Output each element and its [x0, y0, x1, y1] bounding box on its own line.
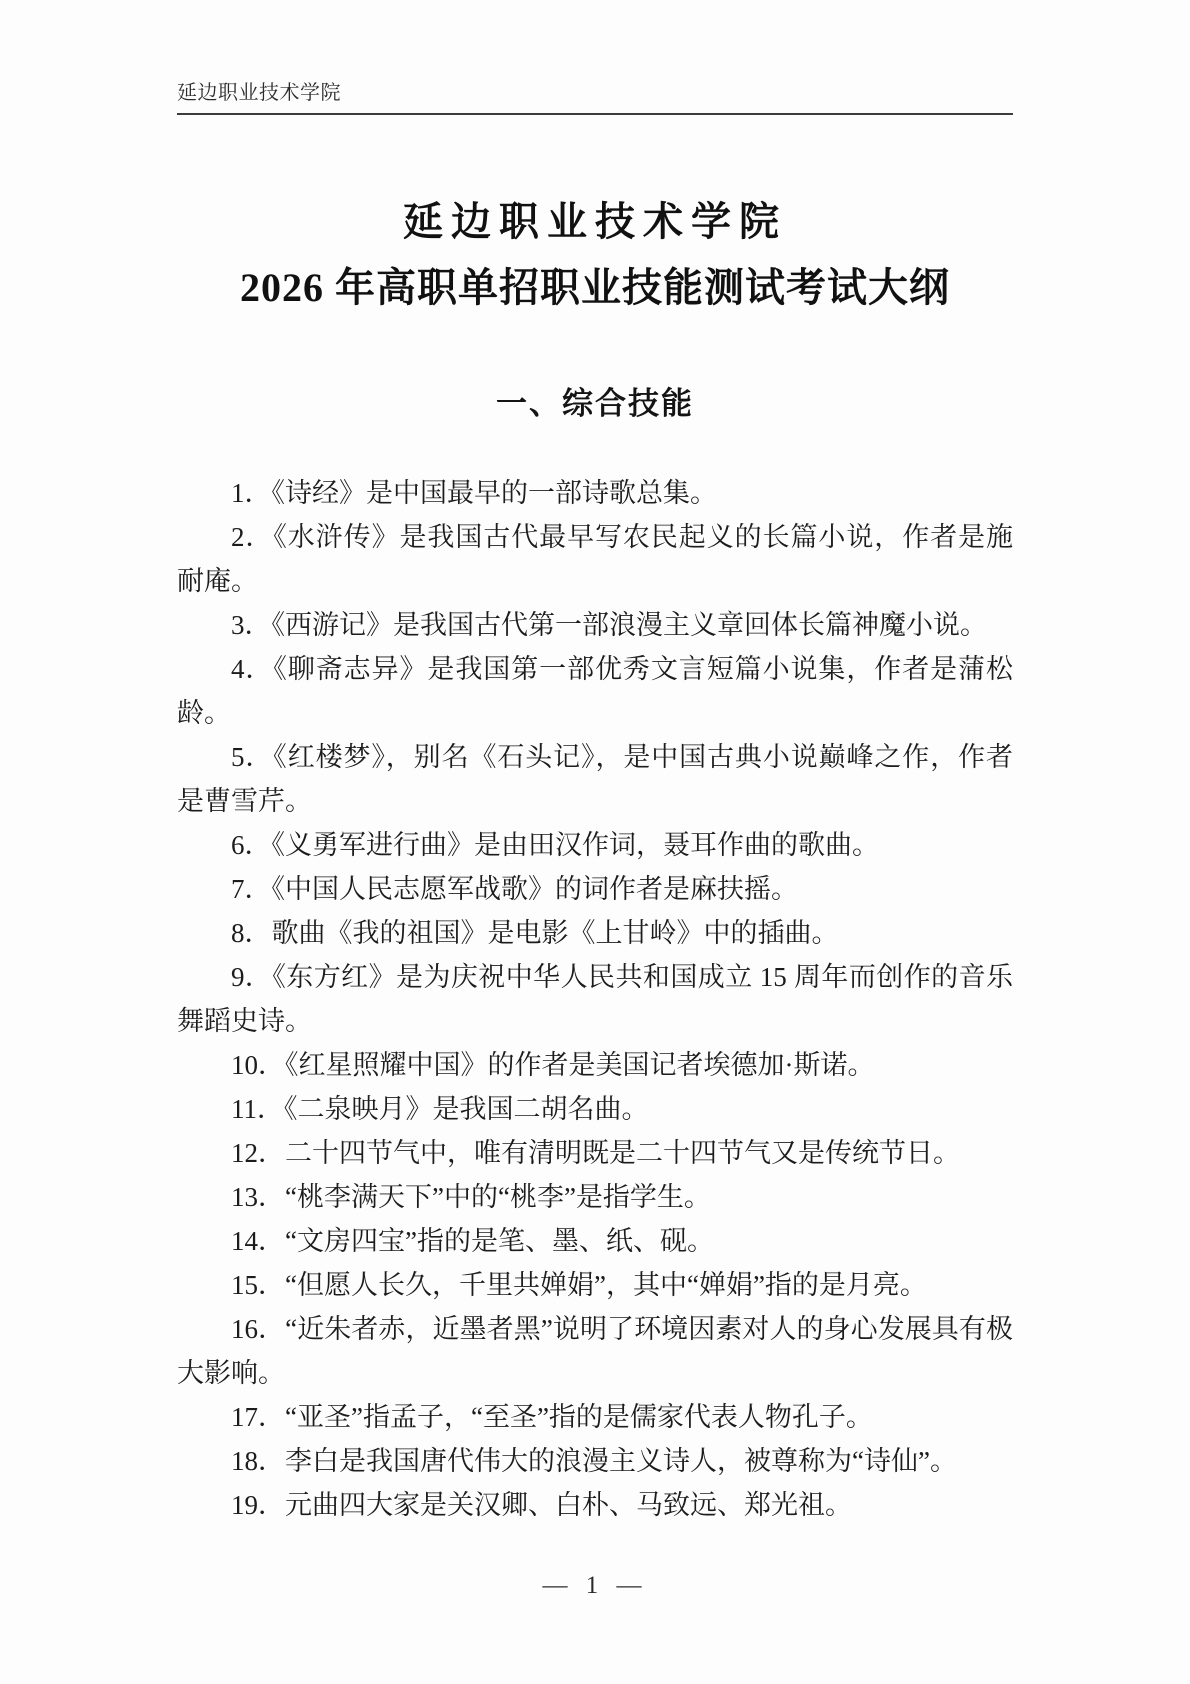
list-item: 18．李白是我国唐代伟大的浪漫主义诗人，被尊称为“诗仙”。: [177, 1439, 1013, 1483]
list-item: 2．《水浒传》是我国古代最早写农民起义的长篇小说，作者是施耐庵。: [177, 515, 1013, 603]
list-item: 5．《红楼梦》，别名《石头记》，是中国古典小说巅峰之作，作者是曹雪芹。: [177, 735, 1013, 823]
list-item: 11．《二泉映月》是我国二胡名曲。: [177, 1087, 1013, 1131]
page-footer: — 1 —: [0, 1572, 1190, 1600]
page-number: — 1 —: [543, 1572, 648, 1599]
list-item: 1．《诗经》是中国最早的一部诗歌总集。: [177, 471, 1013, 515]
exam-items-list: 1．《诗经》是中国最早的一部诗歌总集。 2．《水浒传》是我国古代最早写农民起义的…: [177, 471, 1013, 1527]
list-item: 15．“但愿人长久，千里共婵娟”，其中“婵娟”指的是月亮。: [177, 1263, 1013, 1307]
list-item: 13．“桃李满天下”中的“桃李”是指学生。: [177, 1175, 1013, 1219]
list-item: 16．“近朱者赤，近墨者黑”说明了环境因素对人的身心发展具有极大影响。: [177, 1307, 1013, 1395]
list-item: 14．“文房四宝”指的是笔、墨、纸、砚。: [177, 1219, 1013, 1263]
document-title: 延边职业技术学院: [0, 199, 1190, 245]
list-item: 7．《中国人民志愿军战歌》的词作者是麻扶摇。: [177, 867, 1013, 911]
header-school-name: 延边职业技术学院: [177, 82, 1013, 105]
list-item: 8．歌曲《我的祖国》是电影《上甘岭》中的插曲。: [177, 911, 1013, 955]
list-item: 12．二十四节气中，唯有清明既是二十四节气又是传统节日。: [177, 1131, 1013, 1175]
list-item: 9．《东方红》是为庆祝中华人民共和国成立 15 周年而创作的音乐舞蹈史诗。: [177, 955, 1013, 1043]
list-item: 3．《西游记》是我国古代第一部浪漫主义章回体长篇神魔小说。: [177, 603, 1013, 647]
document-subtitle: 2026 年高职单招职业技能测试考试大纲: [0, 265, 1190, 311]
document-page: 延边职业技术学院 延边职业技术学院 2026 年高职单招职业技能测试考试大纲 一…: [0, 0, 1190, 1684]
list-item: 10．《红星照耀中国》的作者是美国记者埃德加·斯诺。: [177, 1043, 1013, 1087]
list-item: 4．《聊斋志异》是我国第一部优秀文言短篇小说集，作者是蒲松龄。: [177, 647, 1013, 735]
list-item: 6．《义勇军进行曲》是由田汉作词，聂耳作曲的歌曲。: [177, 823, 1013, 867]
page-header: 延边职业技术学院: [177, 0, 1013, 115]
list-item: 17．“亚圣”指孟子，“至圣”指的是儒家代表人物孔子。: [177, 1395, 1013, 1439]
list-item: 19．元曲四大家是关汉卿、白朴、马致远、郑光祖。: [177, 1483, 1013, 1527]
section-heading: 一、综合技能: [0, 387, 1190, 421]
